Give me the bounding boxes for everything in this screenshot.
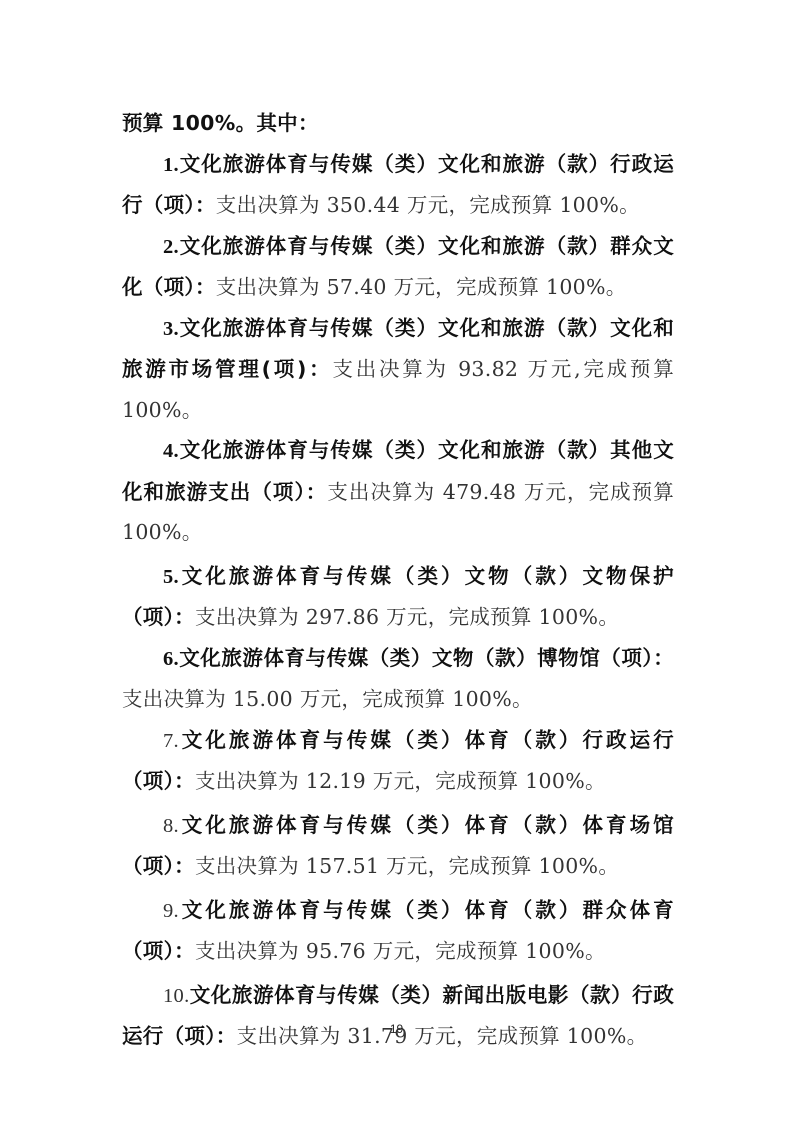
intro-text: 预算 100%。其中： xyxy=(122,111,319,135)
item-body: 支出决算为 350.44 万元，完成预算 100%。 xyxy=(216,193,640,217)
intro-paragraph: 预算 100%。其中： xyxy=(122,103,674,144)
item-number: 8. xyxy=(163,815,179,837)
page-number: 19 xyxy=(0,1022,793,1036)
item-body: 支出决算为 297.86 万元，完成预算 100%。 xyxy=(195,605,619,629)
list-item: 2.文化旅游体育与传媒（类）文化和旅游（款）群众文化（项）：支出决算为 57.4… xyxy=(122,226,674,308)
list-item: 9.文化旅游体育与传媒（类）体育（款）群众体育（项）：支出决算为 95.76 万… xyxy=(122,890,674,972)
item-body: 支出决算为 95.76 万元，完成预算 100%。 xyxy=(195,939,606,963)
list-item: 7.文化旅游体育与传媒（类）体育（款）行政运行（项）：支出决算为 12.19 万… xyxy=(122,720,674,802)
list-item: 5.文化旅游体育与传媒（类）文物（款）文物保护（项）：支出决算为 297.86 … xyxy=(122,556,674,638)
list-item: 4.文化旅游体育与传媒（类）文化和旅游（款）其他文化和旅游支出（项）：支出决算为… xyxy=(122,430,674,553)
list-item: 1.文化旅游体育与传媒（类）文化和旅游（款）行政运行（项）：支出决算为 350.… xyxy=(122,144,674,226)
item-number: 7. xyxy=(163,730,179,752)
list-item: 6.文化旅游体育与传媒（类）文物（款）博物馆（项）：支出决算为 15.00 万元… xyxy=(122,638,674,720)
item-number: 6. xyxy=(163,648,179,670)
item-number: 5. xyxy=(163,566,179,588)
item-number: 1. xyxy=(163,154,179,176)
item-number: 3. xyxy=(163,318,179,340)
item-number: 2. xyxy=(163,236,179,258)
item-body: 支出决算为 12.19 万元，完成预算 100%。 xyxy=(195,769,606,793)
list-item: 3.文化旅游体育与传媒（类）文化和旅游（款）文化和旅游市场管理(项)：支出决算为… xyxy=(122,308,674,431)
item-body: 支出决算为 57.40 万元，完成预算 100%。 xyxy=(216,275,627,299)
item-number: 4. xyxy=(163,440,179,462)
list-item: 10.文化旅游体育与传媒（类）新闻出版电影（款）行政运行（项）：支出决算为 31… xyxy=(122,975,674,1057)
document-page: 预算 100%。其中： 1.文化旅游体育与传媒（类）文化和旅游（款）行政运行（项… xyxy=(122,103,674,1057)
item-heading: 文化旅游体育与传媒（类）文物（款）博物馆（项）： xyxy=(179,646,674,670)
list-item: 8.文化旅游体育与传媒（类）体育（款）体育场馆（项）：支出决算为 157.51 … xyxy=(122,805,674,887)
item-body: 支出决算为 157.51 万元，完成预算 100%。 xyxy=(195,854,619,878)
item-number: 10. xyxy=(163,985,190,1007)
item-number: 9. xyxy=(163,900,179,922)
item-body: 支出决算为 15.00 万元，完成预算 100%。 xyxy=(122,687,533,711)
